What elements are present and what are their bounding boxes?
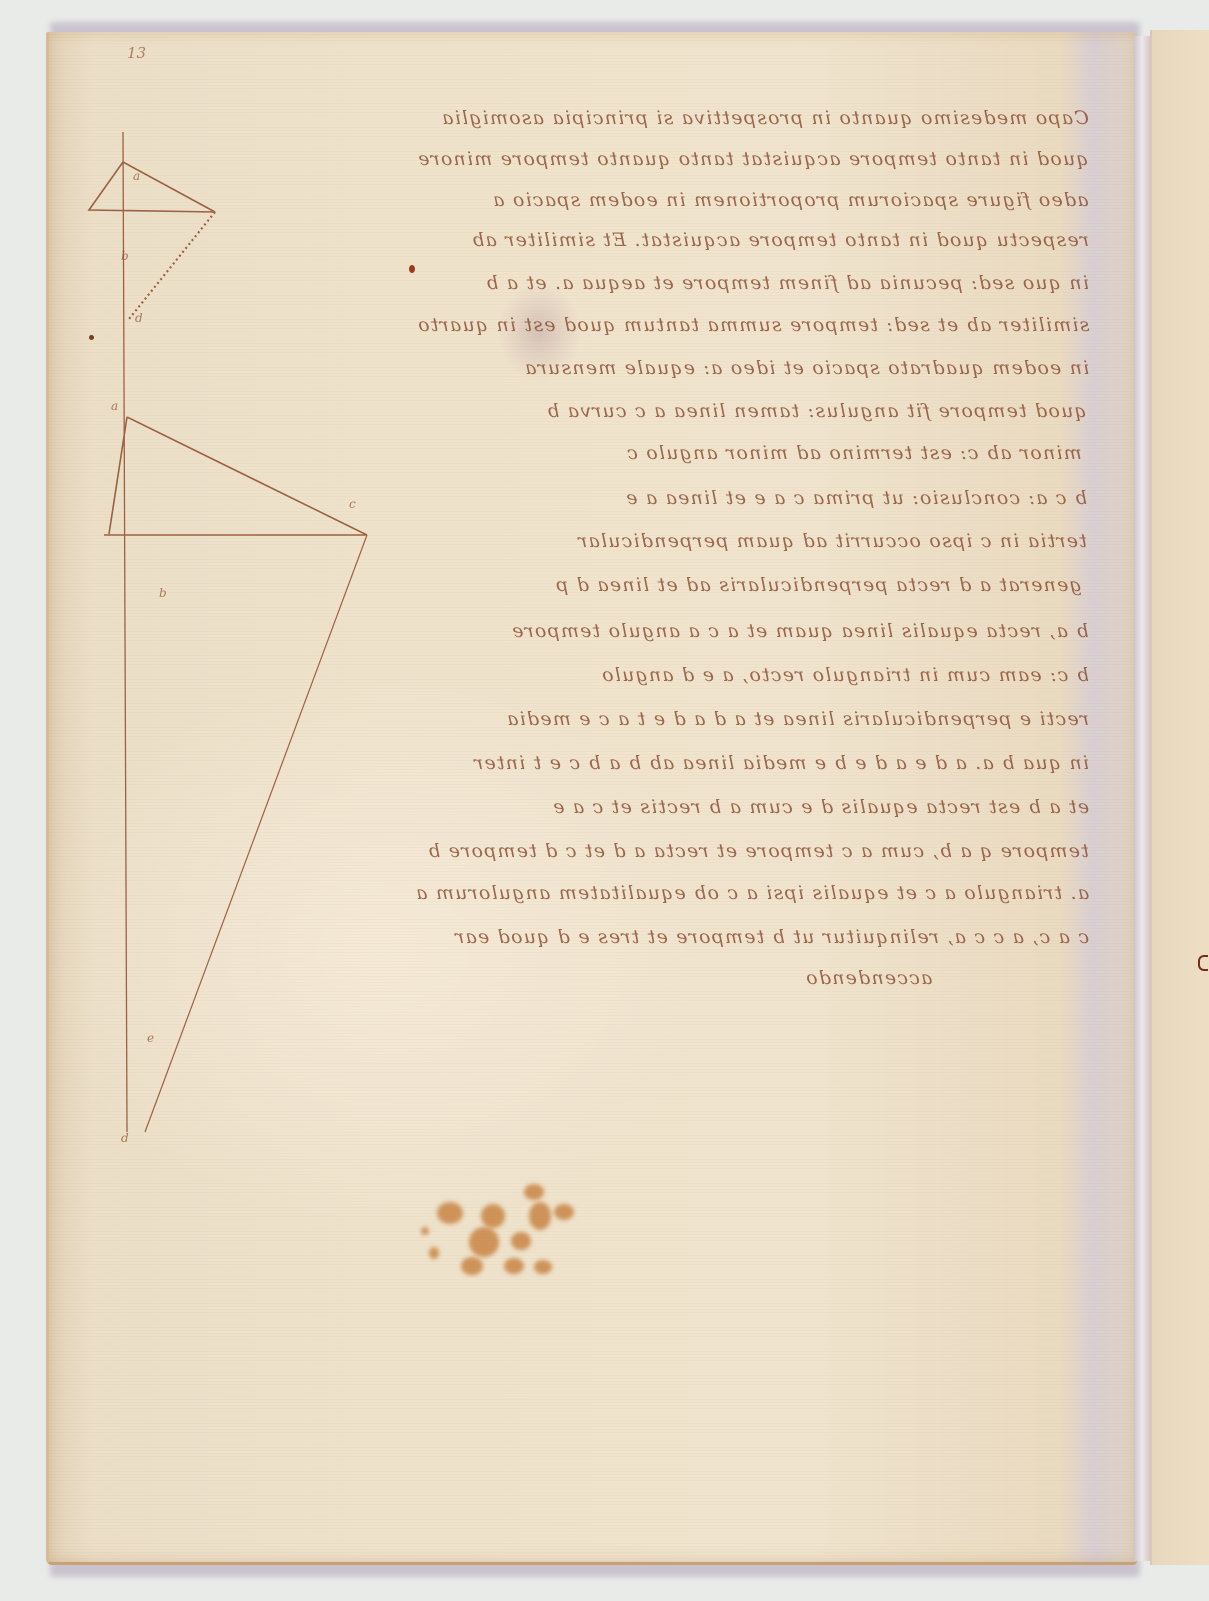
- text-line: quod tempore fit angulus: tamen linea a …: [546, 400, 1087, 422]
- text-line: c a c, a c c a, relinquitur ut b tempore…: [454, 926, 1089, 948]
- svg-text:d: d: [121, 1131, 129, 1145]
- svg-text:b: b: [121, 249, 129, 263]
- text-line: similiter ab et sed: tempore summa tantu…: [417, 314, 1089, 336]
- text-line: in quo sed: pecunia ad finem tempore et …: [485, 272, 1089, 294]
- ink-spot: [409, 265, 415, 273]
- lower-triangle-left-edge: [109, 417, 127, 534]
- text-line: b a, recta equalis linea quam et a c a a…: [511, 620, 1089, 642]
- text-line: b c a: conclusio: ut prima c a e et line…: [625, 487, 1087, 509]
- text-line: accendendo: [805, 967, 932, 989]
- text-line: adeo figure spaciorum proportionem in eo…: [492, 189, 1089, 211]
- text-line: et a b est recta equalis d e cum a b rec…: [552, 796, 1089, 818]
- page-gutter: [1134, 36, 1150, 1561]
- long-diagonal: [145, 535, 367, 1132]
- text-line: a. triangulo a c et equalis ipsi a c ob …: [415, 882, 1089, 904]
- text-line: respectu quod in tanto tempore acquistat…: [471, 229, 1089, 251]
- svg-text:c: c: [349, 497, 356, 511]
- facing-page-ink-mark: [1198, 955, 1208, 971]
- text-line: tertia in c ipso occurrit ad quam perpen…: [577, 530, 1087, 552]
- svg-text:d: d: [135, 311, 143, 325]
- svg-text:e: e: [147, 1031, 154, 1045]
- svg-text:a: a: [133, 169, 140, 183]
- facing-page-edge: [1150, 30, 1209, 1565]
- vertical-axis-line: [123, 132, 127, 1132]
- ink-spot: [89, 335, 94, 340]
- upper-triangle: [89, 162, 215, 212]
- text-line: quod in tanto tempore acquistat tanto qu…: [417, 148, 1089, 170]
- text-line: in eodem quadrato spacio et ideo a: equa…: [524, 357, 1089, 379]
- text-line: generat a d recta perpendicularis ad et …: [555, 574, 1082, 596]
- manuscript-page: 13 Capo medesimo quanto in prospettiva s…: [46, 32, 1137, 1565]
- text-line: recti e perpendicularis linea et a d a d…: [506, 708, 1089, 730]
- svg-text:a: a: [111, 399, 118, 413]
- svg-text:b: b: [159, 586, 167, 600]
- text-line: Capo medesimo quanto in prospettiva si p…: [441, 107, 1089, 129]
- text-line: tempore q a b, cum a c tempore et recta …: [427, 840, 1089, 862]
- folio-number: 13: [127, 44, 146, 62]
- mirror-text-block: Capo medesimo quanto in prospettiva si p…: [49, 32, 1137, 1232]
- text-line: in qua b a. a d e a d e b e media linea …: [473, 752, 1089, 774]
- hatched-diagonal: [129, 212, 215, 319]
- text-line: b c: eam cum in triangulo recto, a e d a…: [601, 664, 1089, 686]
- geometric-diagrams: a b d a c b e d: [49, 32, 1137, 1562]
- text-line: minor ab c: est termino ad minor angulo …: [626, 442, 1082, 464]
- lower-triangle-upper-edge: [127, 417, 367, 535]
